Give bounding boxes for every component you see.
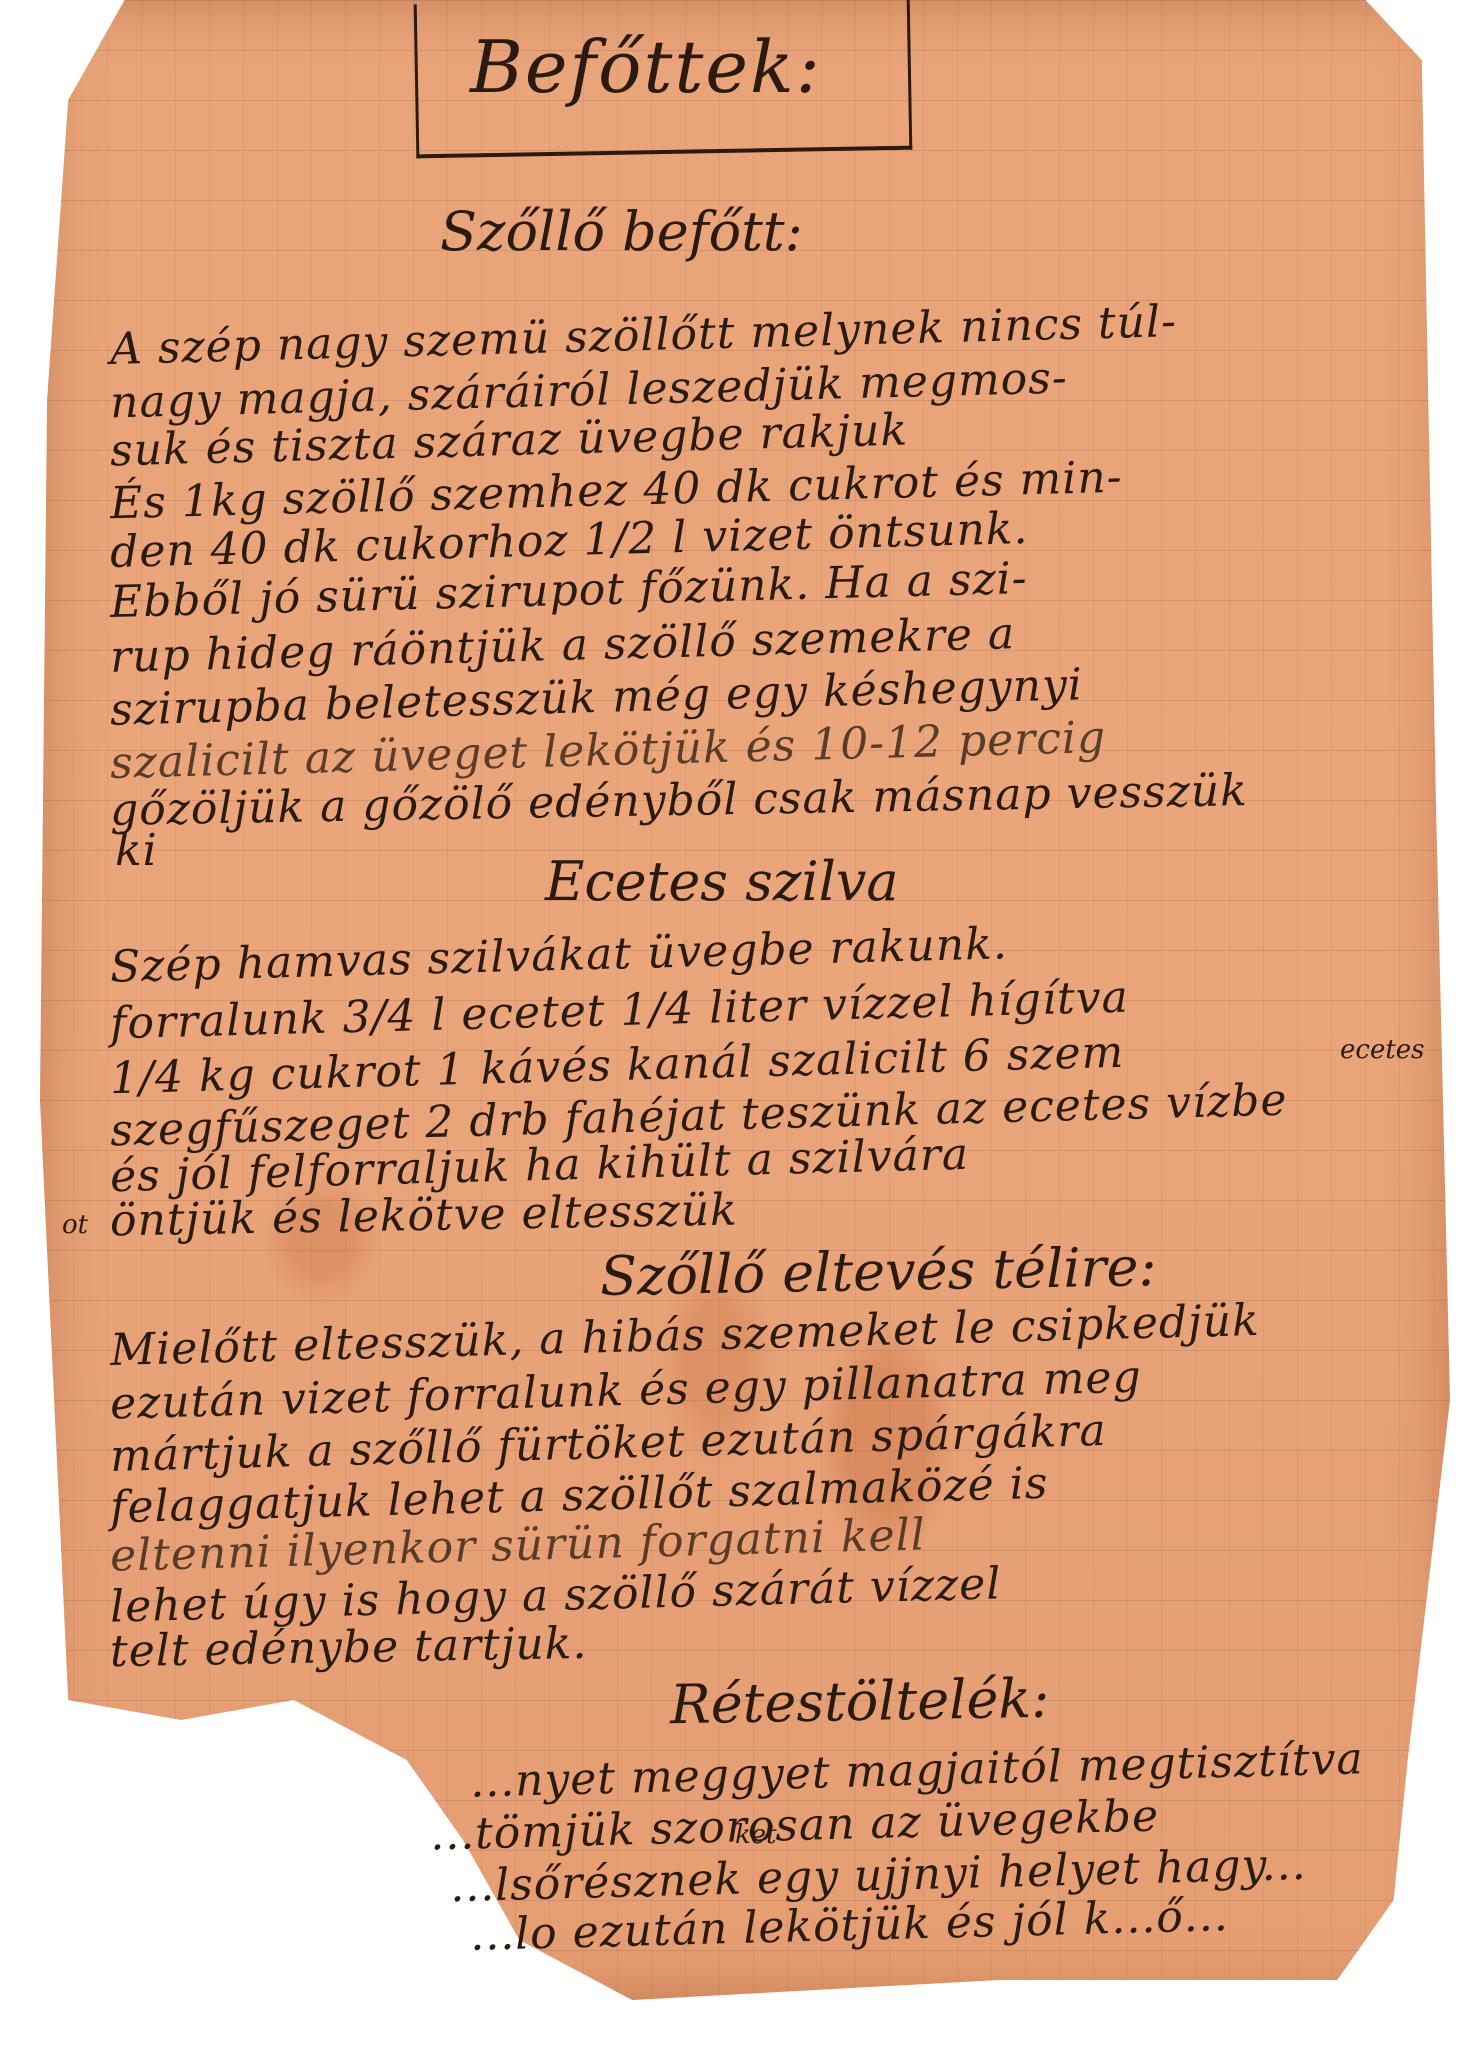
margin-mark: ot xyxy=(62,1210,88,1240)
section-heading-szollo-elteves: Szőllő eltevés télire: xyxy=(599,1235,1157,1308)
section-heading-szollo-befott: Szőllő befőtt: xyxy=(440,200,803,263)
section-heading-ecetes-szilva: Ecetes szilva xyxy=(545,850,899,913)
recipe-line: telt edénybe tartjuk. xyxy=(110,1618,588,1677)
section-heading-retestoltelek: Rétestöltelék: xyxy=(669,1667,1049,1737)
insertion-note: ecetes xyxy=(1340,1035,1425,1065)
insertion-note: ket xyxy=(735,1820,777,1850)
recipe-line: ki xyxy=(115,825,158,876)
page-title: Befőttek: xyxy=(470,25,822,109)
